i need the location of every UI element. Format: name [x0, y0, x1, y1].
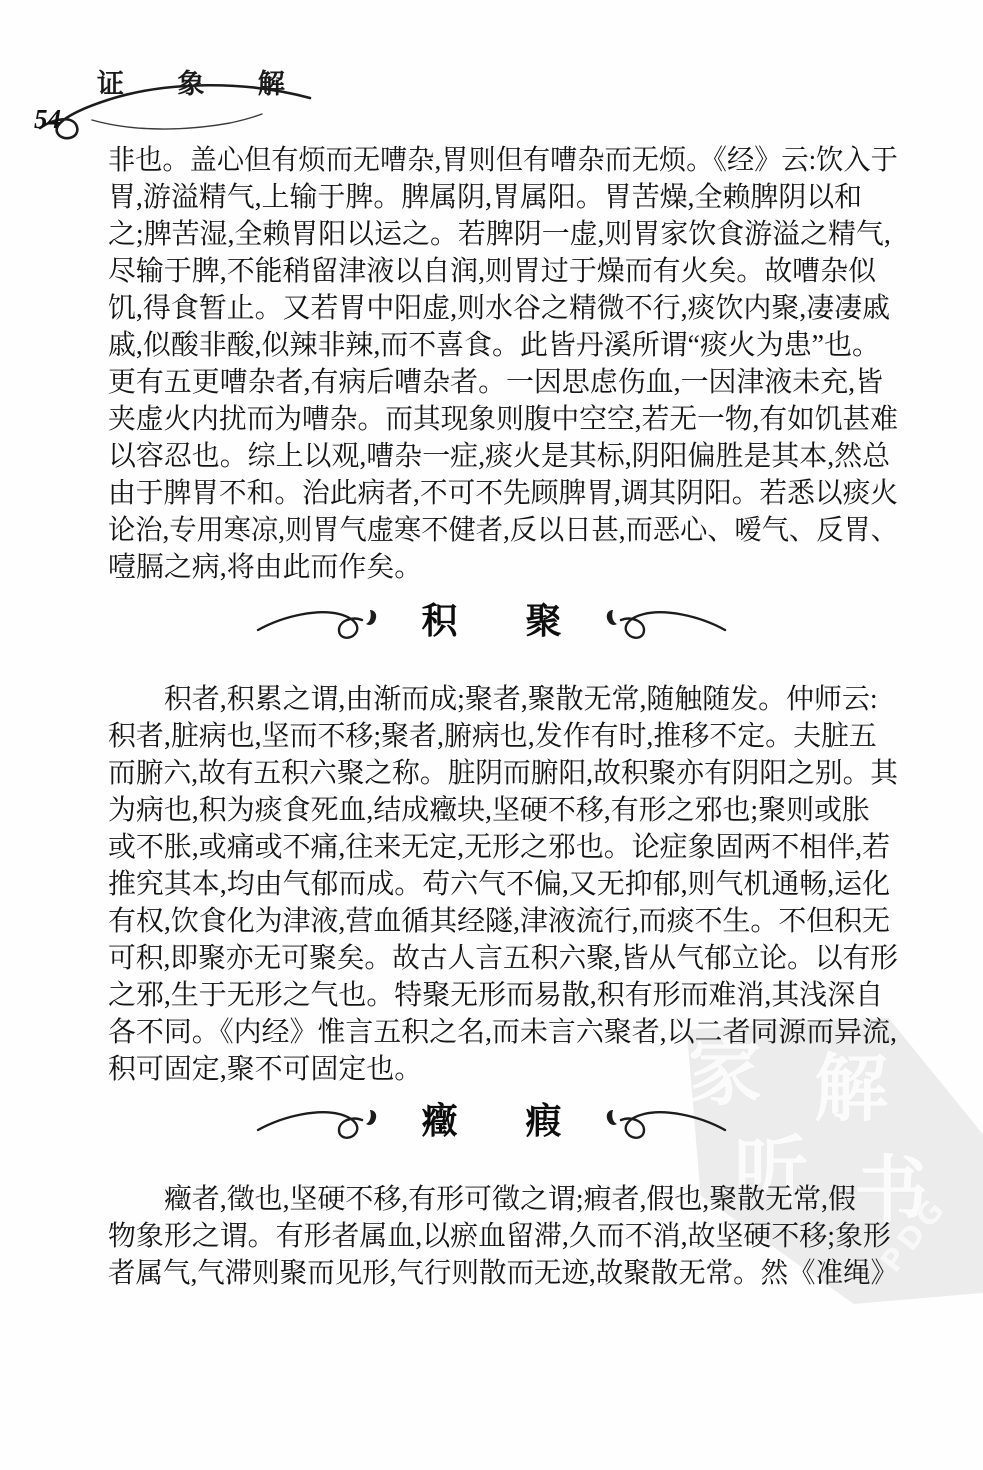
- text-line: 戚,似酸非酸,似辣非辣,而不喜食。此皆丹溪所谓“痰火为患”也。: [108, 327, 898, 364]
- text-line: 推究其本,均由气郁而成。苟六气不偏,又无抑郁,则气机通畅,运化: [108, 866, 898, 903]
- text-line: 论治,专用寒凉,则胃气虚寒不健者,反以日甚,而恶心、嗳气、反胃、: [108, 512, 879, 549]
- text-line: 积可固定,聚不可固定也。: [108, 1051, 898, 1088]
- text-line: 各不同。《内经》惟言五积之名,而未言六聚者,以二者同源而异流,: [108, 1014, 898, 1051]
- text-line: 非也。盖心但有烦而无嘈杂,胃则但有嘈杂而无烦。《经》云:饮入于: [108, 142, 878, 179]
- text-line: 以容忍也。综上以观,嘈杂一症,痰火是其标,阴阳偏胜是其本,然总: [108, 438, 898, 475]
- text-line: 者属气,气滞则聚而见形,气行则散而无迹,故聚散无常。然《准绳》: [108, 1255, 885, 1292]
- text-line: 尽输于脾,不能稍留津液以自润,则胃过于燥而有火矣。故嘈杂似: [108, 253, 898, 290]
- paragraph-jiju: 积者,积累之谓,由渐而成;聚者,聚散无常,随触随发。仲师云:积者,脏病也,坚而不…: [108, 681, 900, 1088]
- text-line: 积者,积累之谓,由渐而成;聚者,聚散无常,随触随发。仲师云:: [108, 681, 898, 718]
- flourish-left-icon: [255, 599, 387, 645]
- paragraph-zhengjia: 癥者,徵也,坚硬不移,有形可徵之谓;瘕者,假也,聚散无常,假物象形之谓。有形者属…: [108, 1181, 900, 1292]
- paragraph-continuation: 非也。盖心但有烦而无嘈杂,胃则但有嘈杂而无烦。《经》云:饮入于胃,游溢精气,上输…: [108, 142, 900, 586]
- section-title-char: 聚: [526, 604, 562, 640]
- text-line: 胃,游溢精气,上输于脾。脾属阴,胃属阳。胃苦燥,全赖脾阴以和: [108, 179, 898, 216]
- text-line: 可积,即聚亦无可聚矣。故古人言五积六聚,皆从气郁立论。以有形: [108, 940, 892, 977]
- section-title-jiju: 积 聚: [0, 596, 983, 648]
- text-line: 之邪,生于无形之气也。特聚无形而易散,积有形而难消,其浅深自: [108, 977, 898, 1014]
- text-line: 由于脾胃不和。治此病者,不可不先顾脾胃,调其阴阳。若悉以痰火: [108, 475, 892, 512]
- flourish-right-icon: [596, 599, 728, 645]
- text-line: 积者,脏病也,坚而不移;聚者,腑病也,发作有时,推移不定。夫脏五: [108, 718, 898, 755]
- page-number: 54: [34, 104, 61, 135]
- section-title-zhengjia: 癥 瘕: [0, 1096, 983, 1148]
- flourish-left-icon: [255, 1099, 387, 1145]
- section-title-char: 瘕: [526, 1104, 562, 1140]
- text-line: 更有五更嘈杂者,有病后嘈杂者。一因思虑伤血,一因津液未充,皆: [108, 364, 898, 401]
- text-line: 饥,得食暂止。又若胃中阳虚,则水谷之精微不行,痰饮内聚,凄凄戚: [108, 290, 898, 327]
- text-line: 物象形之谓。有形者属血,以瘀血留滞,久而不消,故坚硬不移;象形: [108, 1218, 898, 1255]
- header-flourish-swash: [30, 76, 316, 148]
- text-line: 夹虚火内扰而为嘈杂。而其现象则腹中空空,若无一物,有如饥甚难: [108, 401, 892, 438]
- book-page: 家 解 听 书 PDG 证 象 解 54 非也。盖心但有烦而无嘈杂,胃则但有嘈杂…: [0, 0, 983, 1470]
- text-line: 之;脾苦湿,全赖胃阳以运之。若脾阴一虚,则胃家饮食游溢之精气,: [108, 216, 898, 253]
- flourish-right-icon: [596, 1099, 728, 1145]
- text-line: 有权,饮食化为津液,营血循其经隧,津液流行,而痰不生。不但积无: [108, 903, 898, 940]
- text-line: 癥者,徵也,坚硬不移,有形可徵之谓;瘕者,假也,聚散无常,假: [108, 1181, 898, 1218]
- text-line: 或不胀,或痛或不痛,往来无定,无形之邪也。论症象固两不相伴,若: [108, 829, 898, 866]
- text-line: 为病也,积为痰食死血,结成癥块,坚硬不移,有形之邪也;聚则或胀: [108, 792, 898, 829]
- text-line: 噎膈之病,将由此而作矣。: [108, 549, 898, 586]
- text-line: 而腑六,故有五积六聚之称。脏阴而腑阳,故积聚亦有阴阳之别。其: [108, 755, 892, 792]
- section-title-char: 癥: [421, 1104, 457, 1140]
- section-title-char: 积: [421, 604, 457, 640]
